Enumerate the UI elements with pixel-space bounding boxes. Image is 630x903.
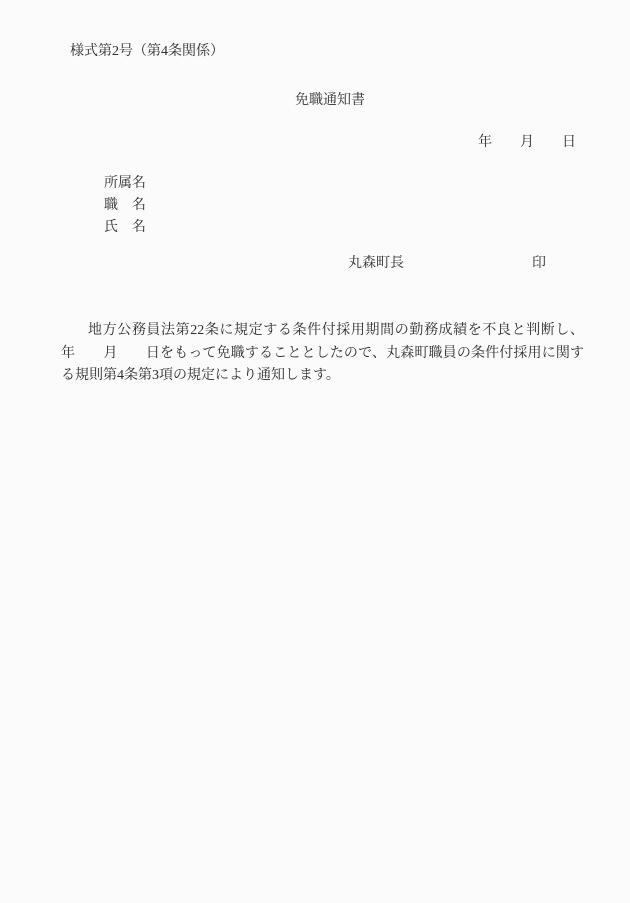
seal-placeholder: 印: [532, 253, 546, 275]
name-label: 氏 名: [104, 217, 146, 239]
form-number: 様式第2号（第4条関係）: [70, 41, 224, 63]
document-page: 様式第2号（第4条関係） 免職通知書 年 月 日 所属名 職 名 氏 名 丸森町…: [0, 0, 630, 903]
body-paragraph: 地方公務員法第22条に規定する条件付採用期間の勤務成績を不良と判断し、 年 月 …: [61, 320, 584, 388]
date-blank-line: 年 月 日: [478, 132, 576, 154]
body-line-3: る規則第4条第3項の規定により通知します。: [61, 365, 584, 388]
document-title: 免職通知書: [0, 90, 630, 112]
issuer-title: 丸森町長: [348, 253, 404, 275]
position-label: 職 名: [104, 195, 146, 217]
body-line-2: 年 月 日をもって免職することとしたので、丸森町職員の条件付採用に関す: [61, 343, 584, 366]
body-line-1: 地方公務員法第22条に規定する条件付採用期間の勤務成績を不良と判断し、: [61, 320, 584, 343]
recipient-label-block: 所属名 職 名 氏 名: [104, 173, 146, 239]
affiliation-label: 所属名: [104, 173, 146, 195]
